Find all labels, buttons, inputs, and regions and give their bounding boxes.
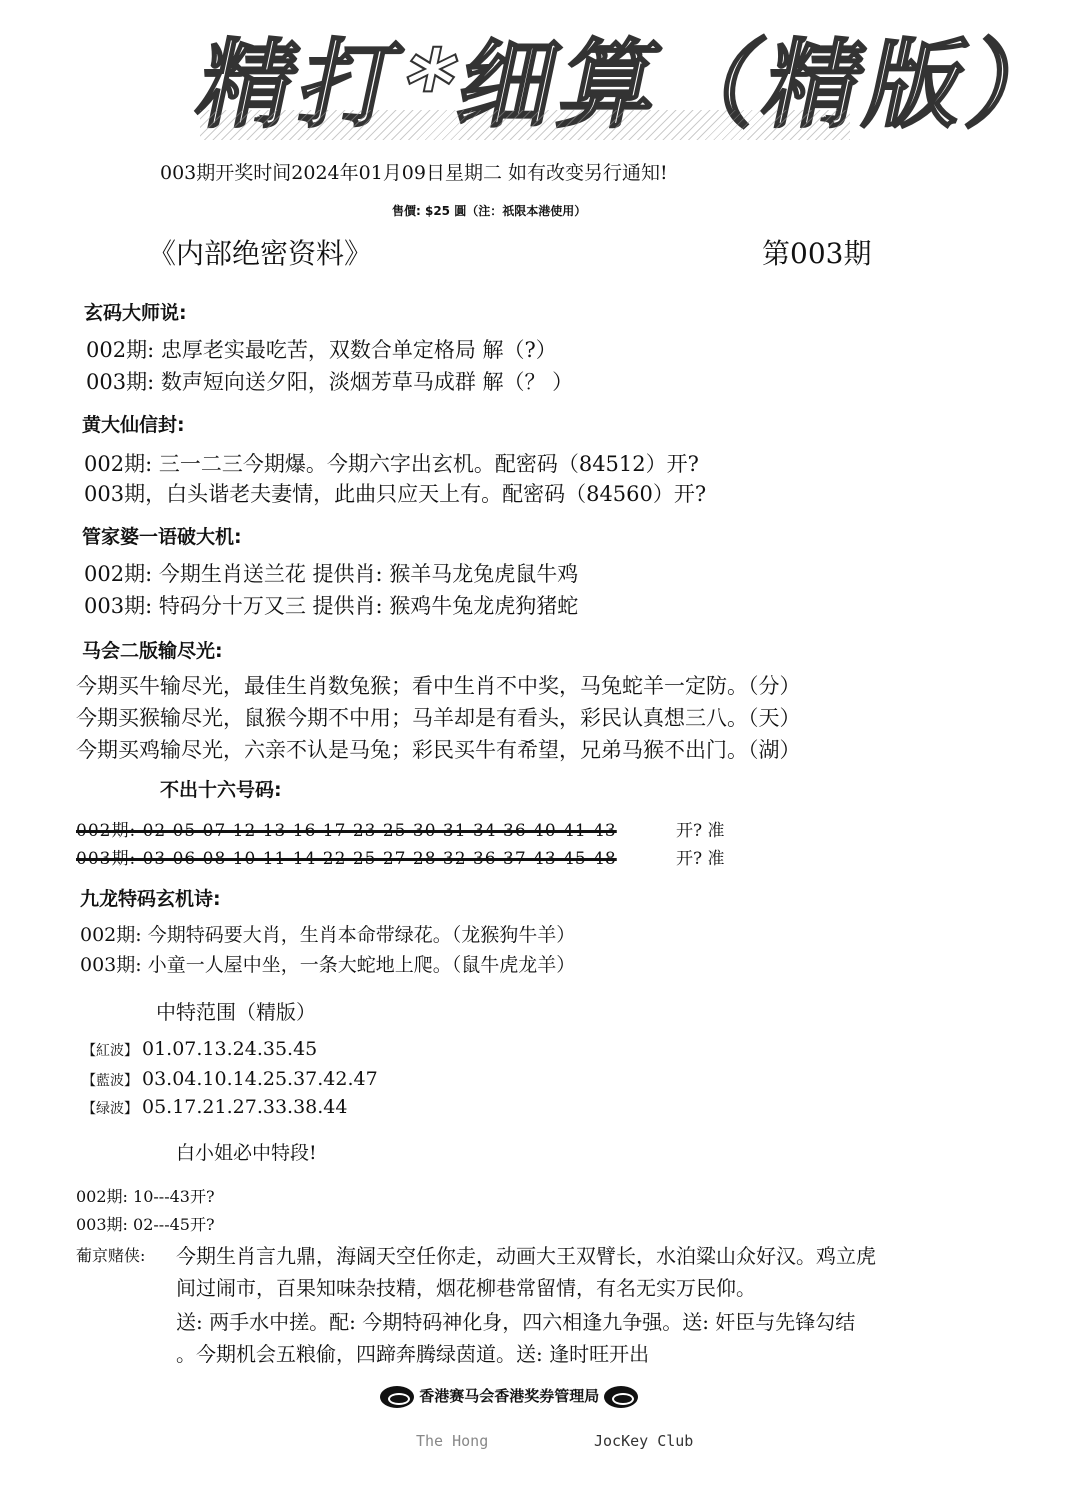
issue-number: 第003期 <box>762 232 871 272</box>
document-title: 《内部绝密资料》 <box>148 232 372 272</box>
mahui-line-1: 今期买牛输尽光，最佳生肖数兔猴；看中生肖不中奖，马兔蛇羊一定防。（分） <box>76 670 801 700</box>
mahui-line-2: 今期买猴输尽光，鼠猴今期不中用；马羊却是有看头，彩民认真想三八。（天） <box>76 702 801 732</box>
wave-numbers-blue: 03.04.10.14.25.37.42.47 <box>142 1068 378 1090</box>
buchu-row-003-result: 开? 准 <box>676 844 725 869</box>
footer-en-left: The Hong <box>416 1432 488 1450</box>
wave-label-green: 【绿波】 <box>82 1098 138 1118</box>
baixiaojie-line-003: 003期: 02---45开? <box>76 1212 215 1235</box>
mahui-line-3: 今期买鸡输尽光，六亲不认是马兔；彩民买牛有希望，兄弟马猴不出门。（湖） <box>76 734 801 764</box>
pujing-line-3: 送: 两手水中搓。配: 今期特码神化身，四六相逢九争强。送: 奸臣与先锋勾结 <box>176 1306 855 1335</box>
buchu-row-003: 003期: 03 06 08 10 11 14 22 25 27 28 32 3… <box>76 844 617 869</box>
wave-label-blue: 【藍波】 <box>82 1070 138 1090</box>
buchu-row-002-result: 开? 准 <box>676 816 725 841</box>
pujing-line-1: 今期生肖言九鼎，海阔天空任你走，动画大王双臂长，水泊粱山众好汉。鸡立虎 <box>176 1240 876 1269</box>
banner-shading <box>200 110 850 140</box>
jiulong-line-003: 003期: 小童一人屋中坐，一条大蛇地上爬。（鼠牛虎龙羊） <box>80 950 575 977</box>
footer-org: 香港赛马会香港奖券管理局 <box>380 1385 638 1408</box>
xuanma-line-002: 002期: 忠厚老实最吃苦，双数合单定格局 解（?） <box>86 334 557 364</box>
jockey-club-logo-icon <box>604 1386 638 1408</box>
guanjiapo-line-002: 002期: 今期生肖送兰花 提供肖: 猴羊马龙兔虎鼠牛鸡 <box>84 558 578 588</box>
jiulong-line-002: 002期: 今期特码要大肖，生肖本命带绿花。（龙猴狗牛羊） <box>80 920 575 947</box>
huangdaxian-line-003: 003期，白头谐老夫妻情，此曲只应天上有。配密码（84560）开? <box>84 478 706 508</box>
section-heading-baixiaojie: 白小姐必中特段! <box>176 1138 317 1165</box>
section-heading-mahui: 马会二版输尽光: <box>82 636 223 663</box>
buchu-row-002: 002期: 02 05 07 12 13 16 17 23 25 30 31 3… <box>76 816 617 841</box>
huangdaxian-line-002: 002期: 三一二三今期爆。今期六字出玄机。配密码（84512）开? <box>84 448 699 478</box>
baixiaojie-line-002: 002期: 10---43开? <box>76 1184 215 1207</box>
section-heading-jiulong: 九龙特码玄机诗: <box>80 884 221 911</box>
section-heading-xuanma: 玄码大师说: <box>84 298 187 325</box>
section-heading-huangdaxian: 黄大仙信封: <box>82 410 185 437</box>
jockey-club-logo-icon <box>380 1386 414 1408</box>
section-heading-buchu: 不出十六号码: <box>160 775 282 802</box>
section-heading-guanjiapo: 管家婆一语破大机: <box>82 522 242 549</box>
section-heading-zhongte: 中特范围（精版） <box>156 996 316 1025</box>
wave-numbers-green: 05.17.21.27.33.38.44 <box>142 1096 347 1118</box>
wave-numbers-red: 01.07.13.24.35.45 <box>142 1038 317 1060</box>
pujing-label: 葡京赌侠: <box>76 1243 145 1266</box>
footer-en-right: JocKey Club <box>594 1432 693 1450</box>
footer-org-name: 香港赛马会香港奖券管理局 <box>419 1387 599 1405</box>
xuanma-line-003: 003期: 数声短向送夕阳，淡烟芳草马成群 解（？ ） <box>86 366 573 396</box>
pujing-line-2: 间过闹市，百果知味杂技精，烟花柳巷常留情，有名无实万民仰。 <box>176 1272 756 1301</box>
draw-notice: 003期开奖时间2024年01月09日星期二 如有改变另行通知! <box>160 158 668 185</box>
price-note: 售價: $25 圓（注：祇限本港使用） <box>392 202 586 219</box>
pujing-line-4: 。今期机会五粮偷，四蹄奔腾绿茵道。送: 逢时旺开出 <box>176 1338 649 1367</box>
guanjiapo-line-003: 003期: 特码分十万又三 提供肖: 猴鸡牛兔龙虎狗猪蛇 <box>84 590 578 620</box>
wave-label-red: 【紅波】 <box>82 1040 138 1060</box>
